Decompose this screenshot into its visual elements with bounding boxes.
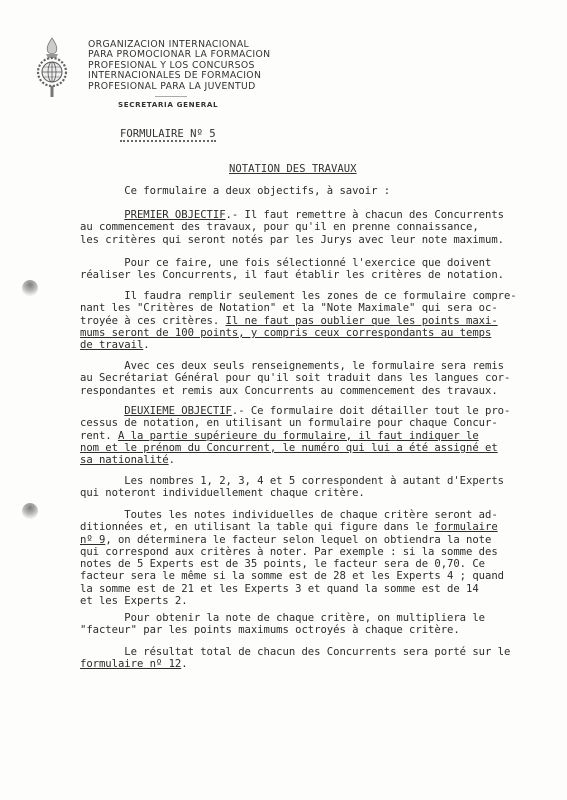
text-line: notes de 5 Experts est de 35 points, le … — [80, 558, 485, 570]
text-line: rent. A la partie supérieure du formulai… — [80, 430, 479, 442]
text-line: respondantes et remis aux Concurrents au… — [80, 385, 498, 397]
text-line: mums seront de 100 points, y compris ceu… — [80, 327, 491, 339]
text-line: qui correspond aux critères à noter. Par… — [80, 546, 498, 558]
document-heading: NOTATION DES TRAVAUX — [229, 163, 357, 175]
organization-name: ORGANIZACION INTERNACIONAL PARA PROMOCIO… — [88, 40, 270, 92]
text-line: Pour obtenir la note de chaque critère, … — [80, 612, 485, 624]
text-line: Le résultat total de chacun des Concurre… — [80, 646, 510, 658]
section-label-deuxieme-objectif: DEUXIEME OBJECTIF — [124, 405, 232, 417]
text-line: Avec ces deux seuls renseignements, le f… — [80, 360, 504, 372]
text-line: Les nombres 1, 2, 3, 4 et 5 corresponden… — [80, 475, 504, 487]
text-line: Pour ce faire, une fois sélectionné l'ex… — [80, 257, 491, 269]
department-name: SECRETARIA GENERAL — [118, 100, 218, 109]
text-line: "facteur" par les points maximums octroy… — [80, 624, 460, 636]
text-line: nant les "Critères de Notation" et la "N… — [80, 302, 498, 314]
text-line: réaliser les Concurrents, il faut établi… — [80, 269, 504, 281]
text-line: DEUXIEME OBJECTIF.- Ce formulaire doit d… — [80, 405, 510, 417]
text-line: nº 9, on déterminera le facteur selon le… — [80, 534, 491, 546]
paragraph-nombres-experts: Les nombres 1, 2, 3, 4 et 5 corresponden… — [80, 475, 504, 500]
text-line: au commencement des travaux, pour qu'il … — [80, 221, 479, 233]
text-line: Il faudra remplir seulement les zones de… — [80, 290, 517, 302]
text-line: la somme est de 21 et les Experts 3 et q… — [80, 583, 479, 595]
paragraph-renseignements: Avec ces deux seuls renseignements, le f… — [80, 360, 510, 397]
intro-paragraph: Ce formulaire a deux objectifs, à savoir… — [80, 185, 390, 197]
text-line: cessus de notation, en utilisant un form… — [80, 417, 498, 429]
text-line: PREMIER OBJECTIF.- Il faut remettre à ch… — [80, 209, 504, 221]
punch-hole-bottom — [22, 503, 38, 519]
paragraph-notes-individuelles: Toutes les notes individuelles de chaque… — [80, 509, 504, 607]
paragraph-deuxieme-objectif: DEUXIEME OBJECTIF.- Ce formulaire doit d… — [80, 405, 510, 466]
section-label-premier-objectif: PREMIER OBJECTIF — [124, 209, 225, 221]
text-line: au Secrétariat Général pour qu'il soit t… — [80, 372, 510, 384]
text-line: formulaire nº 12. — [80, 658, 188, 670]
text-line: sa nationalité. — [80, 454, 175, 466]
paragraph-zones-formulaire: Il faudra remplir seulement les zones de… — [80, 290, 517, 351]
text-line: facteur sera le même si la somme est de … — [80, 570, 504, 582]
formulaire-12-reference: formulaire nº 12 — [80, 658, 181, 670]
text-line: Toutes les notes individuelles de chaque… — [80, 509, 498, 521]
text-line: de travail. — [80, 339, 150, 351]
organization-logo-icon — [36, 36, 68, 98]
paragraph-pour-ce-faire: Pour ce faire, une fois sélectionné l'ex… — [80, 257, 504, 282]
text-line: les critères qui seront notés par les Ju… — [80, 234, 504, 246]
punch-hole-top — [22, 280, 38, 296]
text-line: ditionnées et, en utilisant la table qui… — [80, 521, 498, 533]
text-line: qui noteront individuellement chaque cri… — [80, 487, 365, 499]
formulaire-9-reference: formulaire — [434, 521, 497, 533]
text-line: Ce formulaire a deux objectifs, à savoir… — [80, 185, 390, 197]
text-line: troyée à ces critères. Il ne faut pas ou… — [80, 315, 498, 327]
paragraph-premier-objectif: PREMIER OBJECTIF.- Il faut remettre à ch… — [80, 209, 504, 246]
paragraph-obtenir-note: Pour obtenir la note de chaque critère, … — [80, 612, 485, 637]
letterhead-divider — [155, 96, 187, 97]
org-line: PROFESIONAL PARA LA JUVENTUD — [88, 82, 270, 92]
text-line: et les Experts 2. — [80, 595, 188, 607]
paragraph-resultat-total: Le résultat total de chacun des Concurre… — [80, 646, 510, 671]
form-title: FORMULAIRE Nº 5 — [120, 128, 216, 142]
text-line: nom et le prénom du Concurrent, le numér… — [80, 442, 498, 454]
